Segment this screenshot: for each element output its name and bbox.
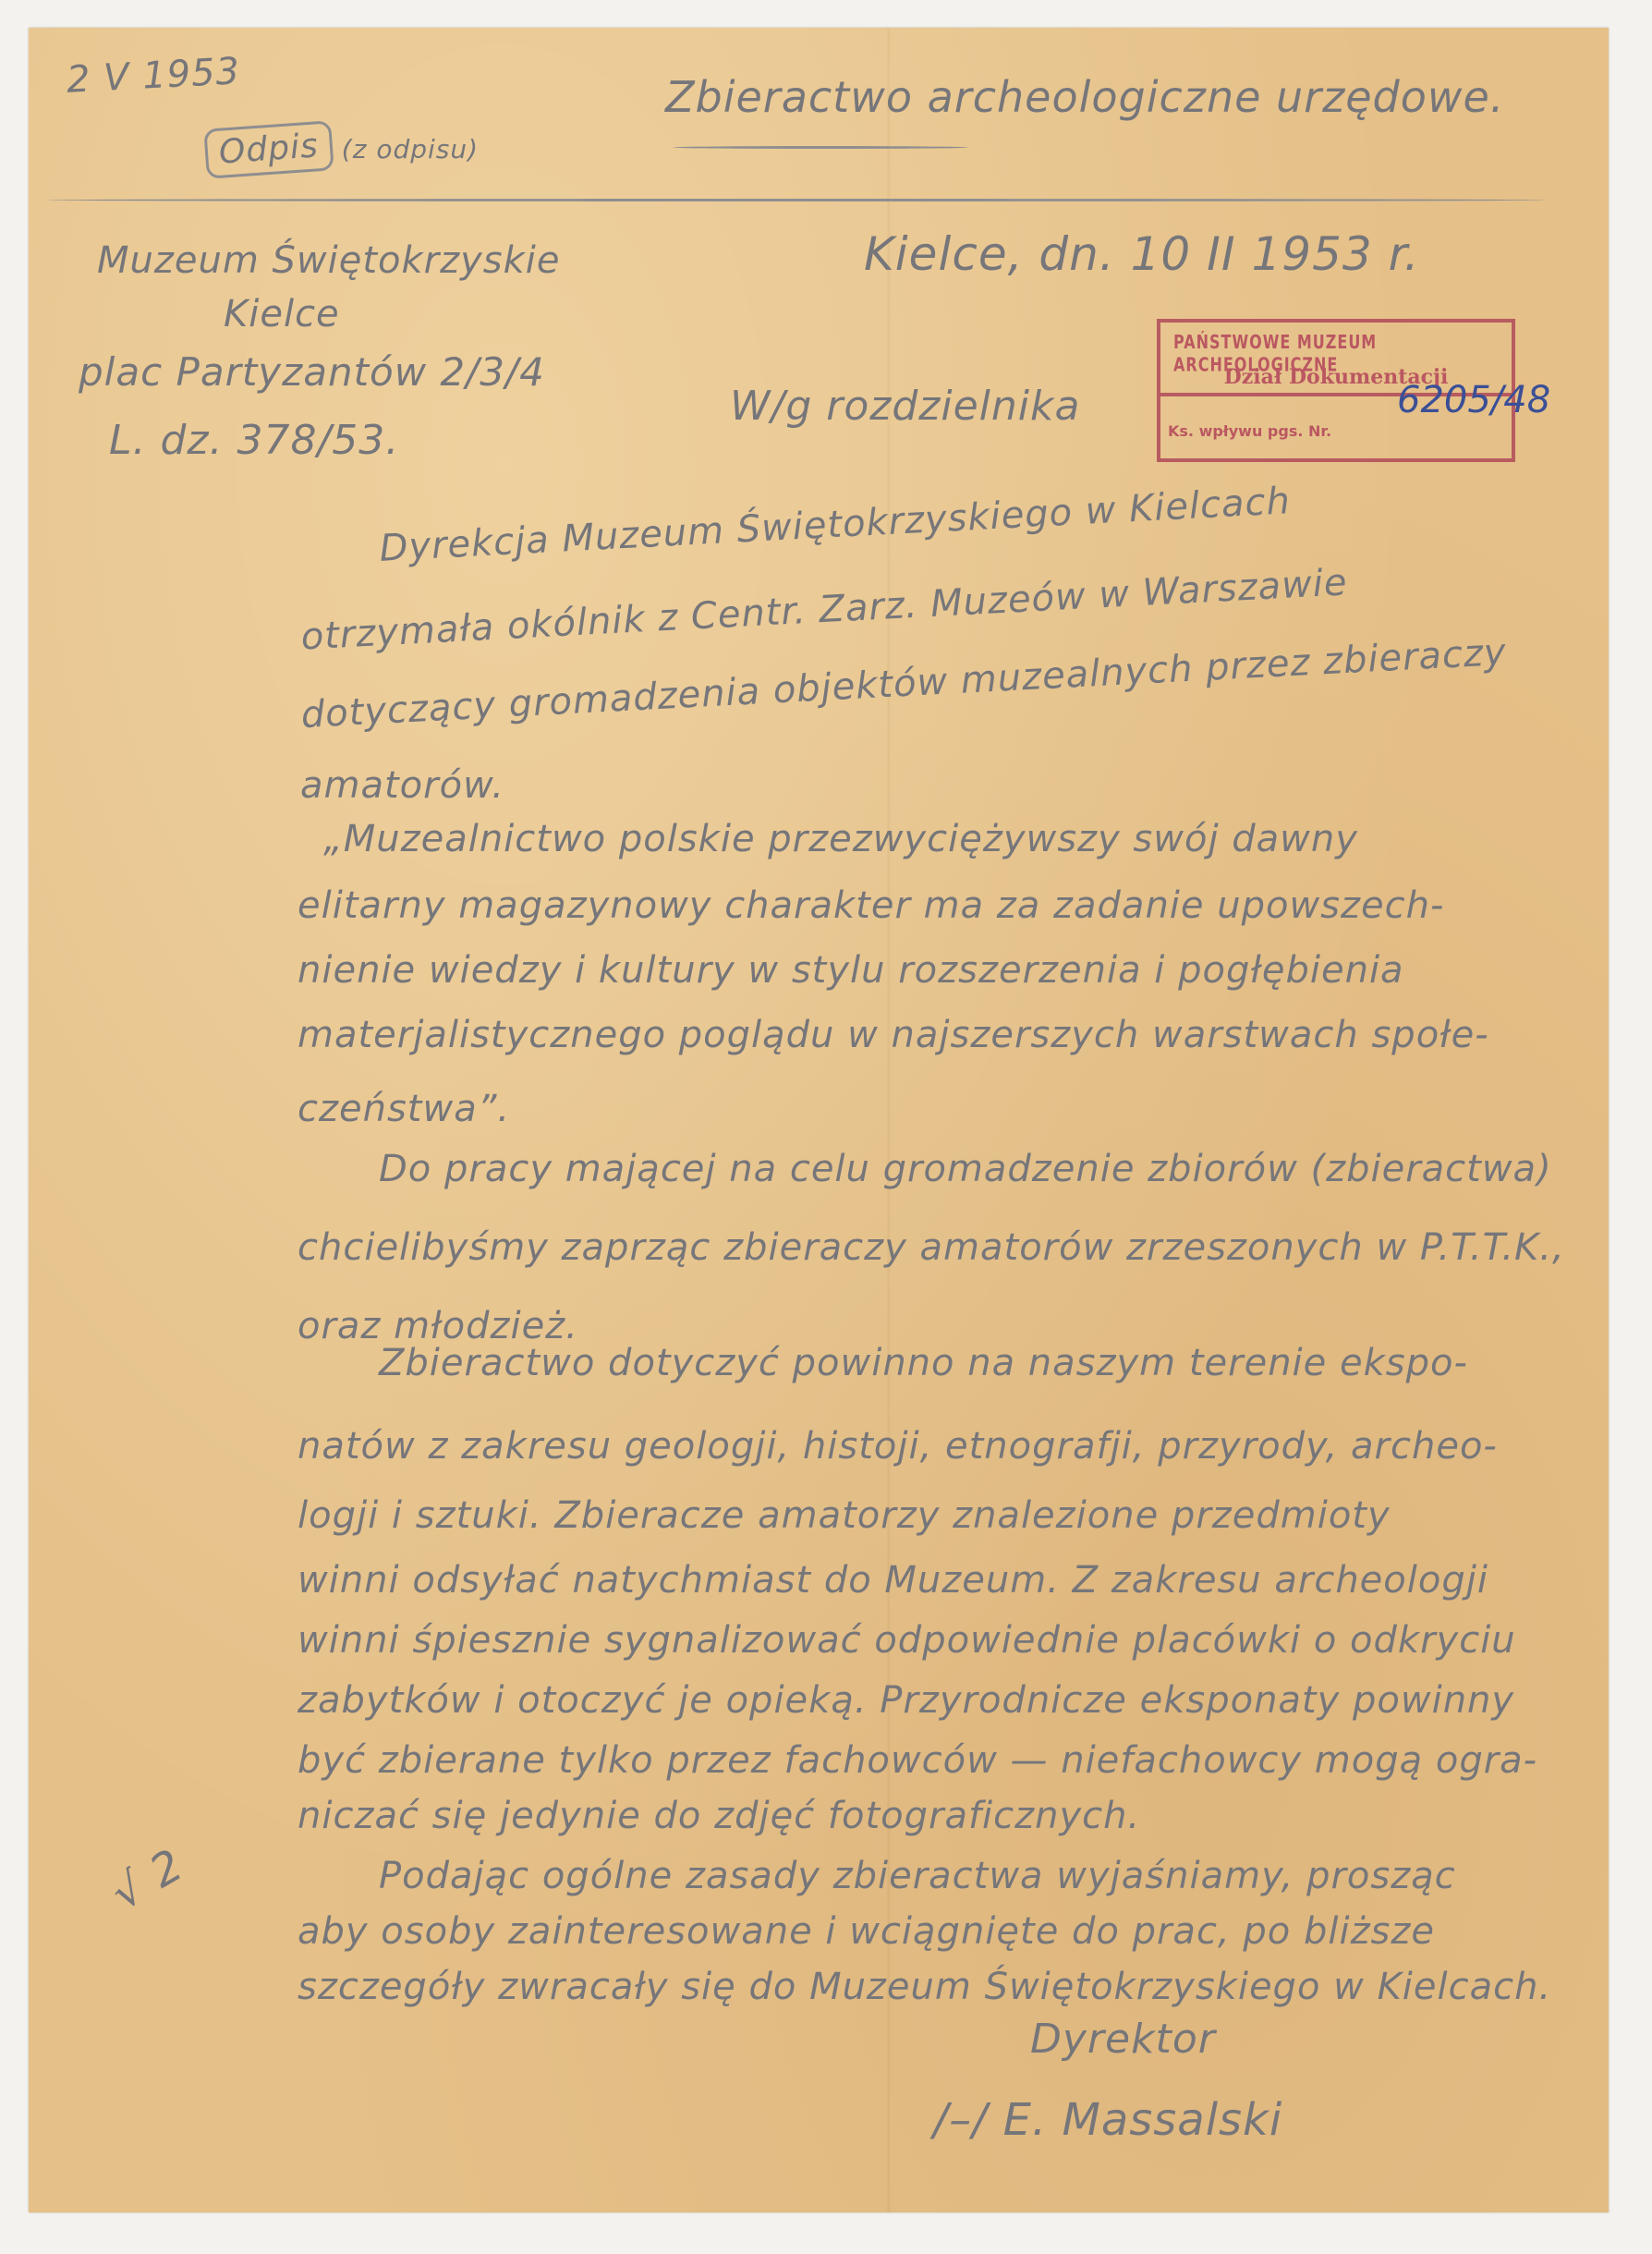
body-line: Do pracy mającej na celu gromadzenie zbi… (379, 1151, 1552, 1188)
body-line: Podając ogólne zasady zbieractwa wyjaśni… (379, 1858, 1456, 1895)
place-date: Kielce, dn. 10 II 1953 r. (864, 231, 1420, 277)
body-line: winni śpiesznie sygnalizować odpowiednie… (298, 1622, 1516, 1659)
body-line: winni odsyłać natychmiast do Muzeum. Z z… (298, 1562, 1488, 1599)
document-title: Zbieractwo archeologiczne urzędowe. (665, 76, 1504, 118)
body-line: chcielibyśmy zaprząc zbieraczy amatorów … (298, 1229, 1565, 1266)
header-rule (48, 199, 1545, 201)
body-line: aby osoby zainteresowane i wciągnięte do… (298, 1913, 1435, 1950)
sender-line-1: Muzeum Świętokrzyskie (97, 242, 561, 279)
body-line: czeństwa”. (298, 1090, 510, 1127)
body-line: natów z zakresu geologji, histoji, etnog… (298, 1428, 1498, 1465)
body-line: oraz młodzież. (298, 1308, 578, 1345)
copy-note: (z odpisu) (342, 137, 479, 163)
body-line: „Muzealnictwo polskie przezwyciężywszy s… (323, 821, 1358, 858)
body-line: amatorów. (300, 767, 504, 804)
copy-label-group: Odpis (z odpisu) (205, 125, 479, 175)
reference-number: L. dz. 378/53. (109, 420, 399, 461)
copy-label: Odpis (203, 120, 334, 178)
body-line: elitarny magazynowy charakter ma za zada… (298, 887, 1444, 924)
body-line: szczegóły zwracały się do Muzeum Świętok… (298, 1968, 1551, 2005)
title-underline (673, 146, 968, 149)
body-line: Zbieractwo dotyczyć powinno na naszym te… (379, 1345, 1468, 1382)
body-line: nienie wiedzy i kultury w stylu rozszerz… (298, 952, 1404, 989)
body-line: materjalistycznego poglądu w najszerszyc… (298, 1017, 1489, 1054)
body-line: niczać się jedynie do zdjęć fotograficzn… (298, 1797, 1140, 1834)
body-line: logji i sztuki. Zbieracze amatorzy znale… (298, 1497, 1391, 1534)
register-number: 6205/48 (1397, 379, 1550, 421)
sender-line-2: Kielce (224, 296, 340, 333)
sender-line-3: plac Partyzantów 2/3/4 (79, 353, 545, 392)
signature: /–/ E. Massalski (933, 2098, 1282, 2142)
body-line: zabytków i otoczyć je opieką. Przyrodnic… (298, 1682, 1514, 1719)
stamp-register-label: Ks. wpływu pgs. Nr. (1168, 422, 1331, 440)
body-line: być zbierane tylko przez fachowców — nie… (298, 1742, 1537, 1779)
closing-title: Dyrektor (1030, 2019, 1216, 2060)
recipient: W/g rozdzielnika (730, 386, 1080, 427)
archive-date: 2 V 1953 (66, 53, 241, 99)
